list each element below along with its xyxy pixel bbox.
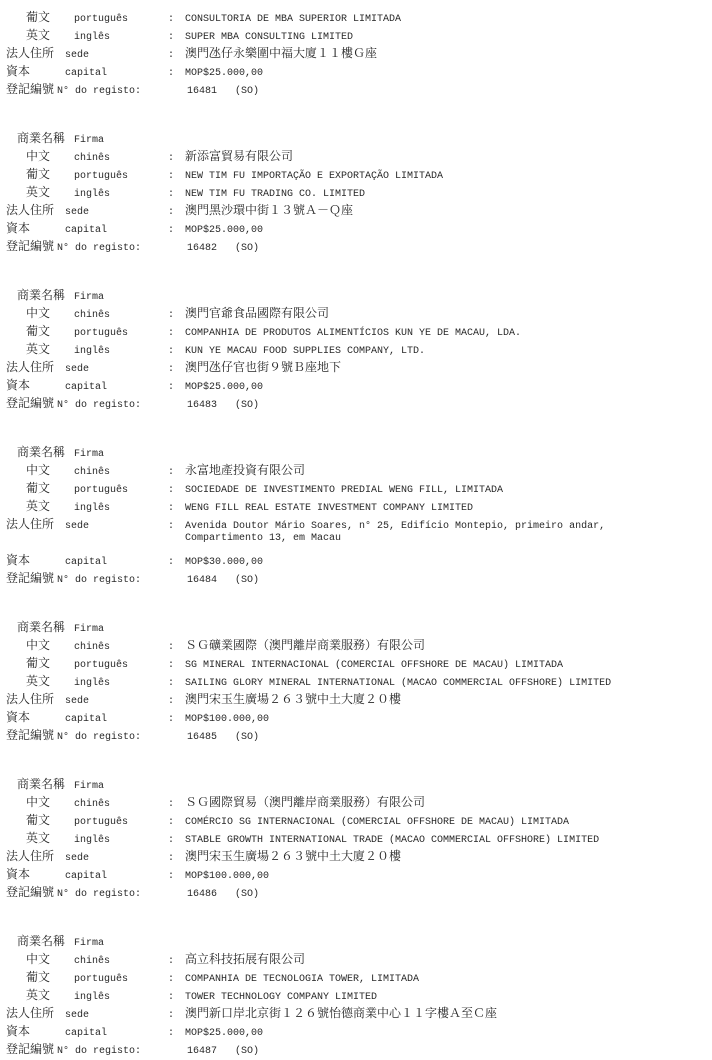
registration-value: 16484 (SO): [187, 575, 712, 586]
chinese-name-row: 中文 chinês : 高立科技拓展有限公司: [6, 950, 712, 968]
colon: :: [168, 50, 185, 61]
registration-row: 登記編號 N° do registo: 16482 (SO): [6, 237, 712, 255]
english-label-latin: inglês: [74, 678, 168, 689]
chinese-label-latin: chinês: [74, 467, 168, 478]
address-label-cjk: 法人住所: [6, 515, 65, 532]
chinese-name-row: 中文 chinês : 永富地產投資有限公司: [6, 461, 712, 479]
portuguese-label-latin: português: [74, 660, 168, 671]
colon: :: [168, 956, 185, 967]
registration-value: 16481 (SO): [187, 86, 712, 97]
english-label-cjk: 英文: [26, 497, 74, 514]
address-value: 澳門黑沙環中街１３號Ａ－Ｑ座: [185, 201, 712, 218]
colon: :: [168, 189, 185, 200]
english-name-row: 英文 inglês : SUPER MBA CONSULTING LIMITED: [6, 26, 712, 44]
firm-header-row: 商業名稱 Firma: [6, 618, 712, 636]
portuguese-name-value: CONSULTORIA DE MBA SUPERIOR LIMITADA: [185, 14, 712, 25]
registration-row: 登記編號 N° do registo: 16483 (SO): [6, 394, 712, 412]
capital-label-cjk: 資本: [6, 376, 65, 393]
capital-value: MOP$25.000,00: [185, 382, 712, 393]
colon: :: [168, 153, 185, 164]
colon: :: [168, 817, 185, 828]
colon: :: [168, 835, 185, 846]
address-row: 法人住所 sede : 澳門氹仔官也街９號Ｂ座地下: [6, 358, 712, 376]
english-name-value: STABLE GROWTH INTERNATIONAL TRADE (MACAO…: [185, 835, 712, 846]
address-row: 法人住所 sede : 澳門氹仔永樂圍中福大廈１１樓Ｇ座: [6, 44, 712, 62]
portuguese-name-value: COMÉRCIO SG INTERNACIONAL (COMERCIAL OFF…: [185, 817, 712, 828]
portuguese-name-value: COMPANHIA DE TECNOLOGIA TOWER, LIMITADA: [185, 974, 712, 985]
address-label-cjk: 法人住所: [6, 690, 65, 707]
portuguese-label-cjk: 葡文: [26, 811, 74, 828]
chinese-name-value: 新添富貿易有限公司: [185, 147, 712, 164]
colon: :: [168, 467, 185, 478]
capital-label-latin: capital: [65, 68, 168, 79]
capital-row: 資本 capital : MOP$30.000,00: [6, 551, 712, 569]
colon: :: [168, 382, 185, 393]
chinese-label-latin: chinês: [74, 642, 168, 653]
english-label-cjk: 英文: [26, 829, 74, 846]
capital-value: MOP$30.000,00: [185, 557, 712, 568]
registry-entry: 商業名稱 Firma 中文 chinês : 澳門官爺食品國際有限公司 葡文 p…: [6, 286, 712, 412]
chinese-name-row: 中文 chinês : 澳門官爺食品國際有限公司: [6, 304, 712, 322]
english-name-value: TOWER TECHNOLOGY COMPANY LIMITED: [185, 992, 712, 1003]
address-label-latin: sede: [65, 207, 168, 218]
address-row: 法人住所 sede : 澳門宋玉生廣場２６３號中土大廈２０樓: [6, 847, 712, 865]
registration-label-cjk: 登記編號: [6, 569, 57, 586]
colon: :: [168, 364, 185, 375]
portuguese-label-latin: português: [74, 974, 168, 985]
colon: :: [168, 678, 185, 689]
firm-label-latin: Firma: [74, 292, 104, 303]
colon: :: [168, 521, 185, 532]
firm-header-row: 商業名稱 Firma: [6, 932, 712, 950]
capital-value: MOP$100.000,00: [185, 714, 712, 725]
colon: :: [168, 171, 185, 182]
english-name-row: 英文 inglês : WENG FILL REAL ESTATE INVEST…: [6, 497, 712, 515]
address-label-latin: sede: [65, 1010, 168, 1021]
portuguese-label-cjk: 葡文: [26, 968, 74, 985]
portuguese-label-cjk: 葡文: [26, 322, 74, 339]
colon: :: [168, 696, 185, 707]
address-value: 澳門宋玉生廣場２６３號中土大廈２０樓: [185, 690, 712, 707]
colon: :: [168, 974, 185, 985]
address-value: 澳門宋玉生廣場２６３號中土大廈２０樓: [185, 847, 712, 864]
colon: :: [168, 714, 185, 725]
registration-label-cjk: 登記編號: [6, 883, 57, 900]
registration-label-latin: N° do registo:: [57, 732, 187, 743]
registry-entry: 商業名稱 Firma 中文 chinês : ＳＧ礦業國際（澳門離岸商業服務）有…: [6, 618, 712, 744]
english-name-value: SUPER MBA CONSULTING LIMITED: [185, 32, 712, 43]
english-label-cjk: 英文: [26, 183, 74, 200]
address-label-cjk: 法人住所: [6, 201, 65, 218]
colon: :: [168, 32, 185, 43]
colon: :: [168, 207, 185, 218]
capital-label-latin: capital: [65, 871, 168, 882]
firm-label-latin: Firma: [74, 624, 104, 635]
firm-label-latin: Firma: [74, 135, 104, 146]
capital-label-cjk: 資本: [6, 865, 65, 882]
registration-value: 16485 (SO): [187, 732, 712, 743]
registration-row: 登記編號 N° do registo: 16481 (SO): [6, 80, 712, 98]
colon: :: [168, 328, 185, 339]
colon: :: [168, 225, 185, 236]
portuguese-name-value: SG MINERAL INTERNACIONAL (COMERCIAL OFFS…: [185, 660, 712, 671]
chinese-name-value: ＳＧ礦業國際（澳門離岸商業服務）有限公司: [185, 636, 712, 653]
registration-value: 16482 (SO): [187, 243, 712, 254]
registration-label-latin: N° do registo:: [57, 889, 187, 900]
chinese-label-latin: chinês: [74, 310, 168, 321]
english-label-latin: inglês: [74, 503, 168, 514]
capital-row: 資本 capital : MOP$25.000,00: [6, 1022, 712, 1040]
firm-label-cjk: 商業名稱: [17, 286, 74, 303]
firm-label-cjk: 商業名稱: [17, 932, 74, 949]
registration-label-cjk: 登記編號: [6, 726, 57, 743]
chinese-label-cjk: 中文: [26, 793, 74, 810]
chinese-label-cjk: 中文: [26, 461, 74, 478]
registration-label-latin: N° do registo:: [57, 400, 187, 411]
address-label-latin: sede: [65, 50, 168, 61]
portuguese-name-row: 葡文 português : COMPANHIA DE TECNOLOGIA T…: [6, 968, 712, 986]
chinese-label-cjk: 中文: [26, 147, 74, 164]
portuguese-name-row: 葡文 português : NEW TIM FU IMPORTAÇÃO E E…: [6, 165, 712, 183]
portuguese-name-row: 葡文 português : COMÉRCIO SG INTERNACIONAL…: [6, 811, 712, 829]
registration-value: 16487 (SO): [187, 1046, 712, 1057]
colon: :: [168, 68, 185, 79]
registration-row: 登記編號 N° do registo: 16485 (SO): [6, 726, 712, 744]
portuguese-name-row: 葡文 português : CONSULTORIA DE MBA SUPERI…: [6, 8, 712, 26]
english-label-latin: inglês: [74, 346, 168, 357]
english-name-row: 英文 inglês : NEW TIM FU TRADING CO. LIMIT…: [6, 183, 712, 201]
portuguese-label-latin: português: [74, 14, 168, 25]
capital-value: MOP$25.000,00: [185, 1028, 712, 1039]
registry-entry: 商業名稱 Firma 中文 chinês : 永富地產投資有限公司 葡文 por…: [6, 443, 712, 587]
capital-row: 資本 capital : MOP$25.000,00: [6, 376, 712, 394]
portuguese-label-latin: português: [74, 171, 168, 182]
colon: :: [168, 1010, 185, 1021]
english-label-latin: inglês: [74, 189, 168, 200]
colon: :: [168, 660, 185, 671]
portuguese-name-row: 葡文 português : SOCIEDADE DE INVESTIMENTO…: [6, 479, 712, 497]
registration-value: 16483 (SO): [187, 400, 712, 411]
address-value: 澳門氹仔官也街９號Ｂ座地下: [185, 358, 712, 375]
address-label-cjk: 法人住所: [6, 44, 65, 61]
firm-label-latin: Firma: [74, 781, 104, 792]
capital-label-cjk: 資本: [6, 551, 65, 568]
colon: :: [168, 346, 185, 357]
registry-entry: 葡文 português : CONSULTORIA DE MBA SUPERI…: [6, 8, 712, 98]
english-name-row: 英文 inglês : STABLE GROWTH INTERNATIONAL …: [6, 829, 712, 847]
chinese-name-value: 澳門官爺食品國際有限公司: [185, 304, 712, 321]
english-name-value: NEW TIM FU TRADING CO. LIMITED: [185, 189, 712, 200]
portuguese-label-cjk: 葡文: [26, 654, 74, 671]
colon: :: [168, 871, 185, 882]
address-label-cjk: 法人住所: [6, 358, 65, 375]
portuguese-name-value: NEW TIM FU IMPORTAÇÃO E EXPORTAÇÃO LIMIT…: [185, 171, 712, 182]
address-row: 法人住所 sede : Avenida Doutor Mário Soares,…: [6, 515, 712, 533]
address-value: 澳門新口岸北京街１２６號怡德商業中心１１字樓Ａ至Ｃ座: [185, 1004, 712, 1021]
registration-row: 登記編號 N° do registo: 16484 (SO): [6, 569, 712, 587]
firm-header-row: 商業名稱 Firma: [6, 286, 712, 304]
capital-row: 資本 capital : MOP$25.000,00: [6, 62, 712, 80]
address-value: Avenida Doutor Mário Soares, n° 25, Edif…: [185, 521, 712, 532]
address-row: 法人住所 sede : 澳門黑沙環中街１３號Ａ－Ｑ座: [6, 201, 712, 219]
colon: :: [168, 557, 185, 568]
chinese-name-row: 中文 chinês : ＳＧ礦業國際（澳門離岸商業服務）有限公司: [6, 636, 712, 654]
capital-value: MOP$25.000,00: [185, 68, 712, 79]
address-label-cjk: 法人住所: [6, 1004, 65, 1021]
capital-value: MOP$100.000,00: [185, 871, 712, 882]
colon: :: [168, 799, 185, 810]
english-label-cjk: 英文: [26, 672, 74, 689]
english-name-row: 英文 inglês : KUN YE MACAU FOOD SUPPLIES C…: [6, 340, 712, 358]
chinese-name-value: ＳＧ國際貿易（澳門離岸商業服務）有限公司: [185, 793, 712, 810]
capital-label-latin: capital: [65, 557, 168, 568]
registration-label-cjk: 登記編號: [6, 80, 57, 97]
english-name-row: 英文 inglês : TOWER TECHNOLOGY COMPANY LIM…: [6, 986, 712, 1004]
registration-label-cjk: 登記編號: [6, 1040, 57, 1057]
english-label-cjk: 英文: [26, 340, 74, 357]
address-continuation-row: Compartimento 13, em Macau: [6, 533, 712, 551]
colon: :: [168, 642, 185, 653]
portuguese-label-latin: português: [74, 817, 168, 828]
portuguese-label-cjk: 葡文: [26, 8, 74, 25]
colon: :: [168, 853, 185, 864]
portuguese-name-row: 葡文 português : SG MINERAL INTERNACIONAL …: [6, 654, 712, 672]
firm-label-cjk: 商業名稱: [17, 129, 74, 146]
english-label-latin: inglês: [74, 992, 168, 1003]
address-label-latin: sede: [65, 364, 168, 375]
address-label-latin: sede: [65, 853, 168, 864]
capital-row: 資本 capital : MOP$25.000,00: [6, 219, 712, 237]
firm-header-row: 商業名稱 Firma: [6, 443, 712, 461]
capital-value: MOP$25.000,00: [185, 225, 712, 236]
registration-row: 登記編號 N° do registo: 16487 (SO): [6, 1040, 712, 1058]
portuguese-label-latin: português: [74, 485, 168, 496]
chinese-name-value: 永富地產投資有限公司: [185, 461, 712, 478]
chinese-name-value: 高立科技拓展有限公司: [185, 950, 712, 967]
colon: :: [168, 14, 185, 25]
portuguese-label-cjk: 葡文: [26, 479, 74, 496]
chinese-label-cjk: 中文: [26, 950, 74, 967]
capital-row: 資本 capital : MOP$100.000,00: [6, 865, 712, 883]
chinese-name-row: 中文 chinês : ＳＧ國際貿易（澳門離岸商業服務）有限公司: [6, 793, 712, 811]
portuguese-name-value: SOCIEDADE DE INVESTIMENTO PREDIAL WENG F…: [185, 485, 712, 496]
capital-label-latin: capital: [65, 714, 168, 725]
address-label-latin: sede: [65, 521, 168, 532]
chinese-label-latin: chinês: [74, 153, 168, 164]
address-label-cjk: 法人住所: [6, 847, 65, 864]
chinese-label-latin: chinês: [74, 799, 168, 810]
registration-label-latin: N° do registo:: [57, 575, 187, 586]
colon: :: [168, 992, 185, 1003]
english-name-value: KUN YE MACAU FOOD SUPPLIES COMPANY, LTD.: [185, 346, 712, 357]
firm-label-cjk: 商業名稱: [17, 618, 74, 635]
capital-row: 資本 capital : MOP$100.000,00: [6, 708, 712, 726]
capital-label-latin: capital: [65, 1028, 168, 1039]
firm-label-cjk: 商業名稱: [17, 775, 74, 792]
colon: :: [168, 1028, 185, 1039]
address-value-line2: Compartimento 13, em Macau: [185, 533, 712, 544]
registration-label-cjk: 登記編號: [6, 394, 57, 411]
registration-row: 登記編號 N° do registo: 16486 (SO): [6, 883, 712, 901]
firm-header-row: 商業名稱 Firma: [6, 129, 712, 147]
registration-label-cjk: 登記編號: [6, 237, 57, 254]
portuguese-name-row: 葡文 português : COMPANHIA DE PRODUTOS ALI…: [6, 322, 712, 340]
portuguese-name-value: COMPANHIA DE PRODUTOS ALIMENTÍCIOS KUN Y…: [185, 328, 712, 339]
chinese-label-cjk: 中文: [26, 304, 74, 321]
english-label-cjk: 英文: [26, 986, 74, 1003]
english-label-cjk: 英文: [26, 26, 74, 43]
registry-entry: 商業名稱 Firma 中文 chinês : ＳＧ國際貿易（澳門離岸商業服務）有…: [6, 775, 712, 901]
chinese-name-row: 中文 chinês : 新添富貿易有限公司: [6, 147, 712, 165]
registration-value: 16486 (SO): [187, 889, 712, 900]
capital-label-cjk: 資本: [6, 1022, 65, 1039]
firm-label-latin: Firma: [74, 449, 104, 460]
chinese-label-latin: chinês: [74, 956, 168, 967]
registry-entry: 商業名稱 Firma 中文 chinês : 高立科技拓展有限公司 葡文 por…: [6, 932, 712, 1058]
capital-label-cjk: 資本: [6, 62, 65, 79]
capital-label-latin: capital: [65, 225, 168, 236]
registry-page: 葡文 português : CONSULTORIA DE MBA SUPERI…: [0, 0, 712, 1058]
firm-label-latin: Firma: [74, 938, 104, 949]
english-label-latin: inglês: [74, 835, 168, 846]
portuguese-label-cjk: 葡文: [26, 165, 74, 182]
address-value: 澳門氹仔永樂圍中福大廈１１樓Ｇ座: [185, 44, 712, 61]
capital-label-latin: capital: [65, 382, 168, 393]
english-label-latin: inglês: [74, 32, 168, 43]
english-name-row: 英文 inglês : SAILING GLORY MINERAL INTERN…: [6, 672, 712, 690]
registration-label-latin: N° do registo:: [57, 1046, 187, 1057]
firm-label-cjk: 商業名稱: [17, 443, 74, 460]
address-label-latin: sede: [65, 696, 168, 707]
colon: :: [168, 310, 185, 321]
registration-label-latin: N° do registo:: [57, 86, 187, 97]
portuguese-label-latin: português: [74, 328, 168, 339]
chinese-label-cjk: 中文: [26, 636, 74, 653]
capital-label-cjk: 資本: [6, 219, 65, 236]
colon: :: [168, 485, 185, 496]
firm-header-row: 商業名稱 Firma: [6, 775, 712, 793]
colon: :: [168, 503, 185, 514]
registration-label-latin: N° do registo:: [57, 243, 187, 254]
registry-entry: 商業名稱 Firma 中文 chinês : 新添富貿易有限公司 葡文 port…: [6, 129, 712, 255]
english-name-value: WENG FILL REAL ESTATE INVESTMENT COMPANY…: [185, 503, 712, 514]
address-row: 法人住所 sede : 澳門新口岸北京街１２６號怡德商業中心１１字樓Ａ至Ｃ座: [6, 1004, 712, 1022]
capital-label-cjk: 資本: [6, 708, 65, 725]
english-name-value: SAILING GLORY MINERAL INTERNATIONAL (MAC…: [185, 678, 712, 689]
address-row: 法人住所 sede : 澳門宋玉生廣場２６３號中土大廈２０樓: [6, 690, 712, 708]
